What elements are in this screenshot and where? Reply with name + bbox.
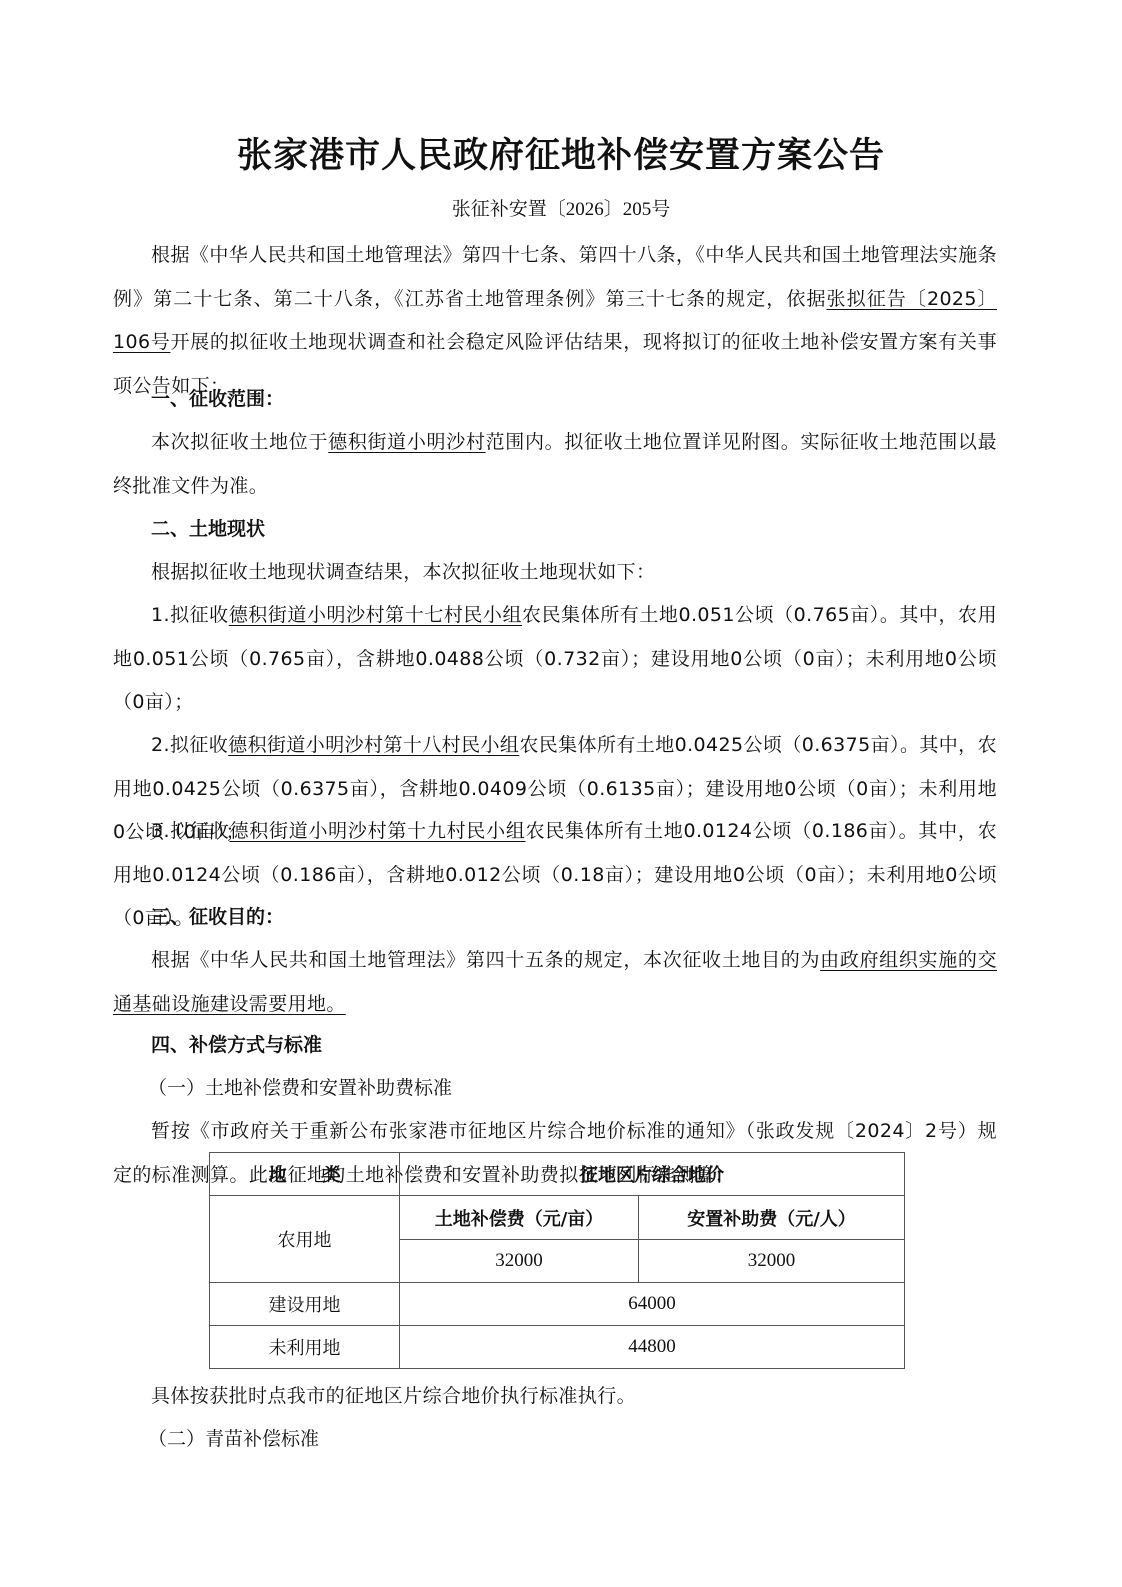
subsection-1-heading: （一）土地补偿费和安置补助费标准 <box>148 1067 452 1110</box>
village-group: 德积街道小明沙村第十七村民小组 <box>229 604 522 626</box>
cell-farmland: 农用地 <box>210 1196 400 1283</box>
section-1-text: 本次拟征收土地位于 <box>151 431 328 453</box>
header-land-type: 地 类 <box>210 1153 400 1196</box>
document-title: 张家港市人民政府征地补偿安置方案公告 <box>0 132 1122 180</box>
cell-construction-value: 64000 <box>400 1283 905 1326</box>
document-page: 张家港市人民政府征地补偿安置方案公告 张征补安置〔2026〕205号 根据《中华… <box>0 0 1122 1587</box>
compensation-standard-table: 地 类 征地区片综合地价 农用地 土地补偿费（元/亩） 安置补助费（元/人） 3… <box>209 1152 905 1369</box>
location-name: 德积街道小明沙村 <box>328 431 485 453</box>
cell-farmland-land-comp: 32000 <box>400 1240 639 1283</box>
table-row: 未利用地 44800 <box>210 1326 905 1369</box>
table-row: 建设用地 64000 <box>210 1283 905 1326</box>
after-table-note: 具体按获批时点我市的征地区片综合地价执行标准执行。 <box>151 1375 997 1419</box>
cell-unused-land: 未利用地 <box>210 1326 400 1369</box>
section-3-text: 根据《中华人民共和国土地管理法》第四十五条的规定，本次征收土地目的为 <box>151 949 820 971</box>
cell-farmland-resettle: 32000 <box>639 1240 905 1283</box>
section-1-heading: 一、征收范围： <box>151 378 284 421</box>
table-subheader-row: 农用地 土地补偿费（元/亩） 安置补助费（元/人） <box>210 1196 905 1240</box>
document-number: 张征补安置〔2026〕205号 <box>0 196 1122 224</box>
header-resettlement-subsidy: 安置补助费（元/人） <box>639 1196 905 1240</box>
subsection-2-heading: （二）青苗补偿标准 <box>148 1418 319 1461</box>
section-2-heading: 二、土地现状 <box>151 508 265 551</box>
section-1-paragraph: 本次拟征收土地位于德积街道小明沙村范围内。拟征收土地位置详见附图。实际征收土地范… <box>113 421 997 508</box>
cell-unused-value: 44800 <box>400 1326 905 1369</box>
village-group: 德积街道小明沙村第十九村民小组 <box>229 820 525 842</box>
header-composite-price: 征地区片综合地价 <box>400 1153 905 1196</box>
village-group: 德积街道小明沙村第十八村民小组 <box>228 734 519 756</box>
header-land-compensation: 土地补偿费（元/亩） <box>400 1196 639 1240</box>
section-3-heading: 三、征收目的： <box>151 896 284 939</box>
section-4-heading: 四、补偿方式与标准 <box>151 1024 322 1067</box>
cell-construction-land: 建设用地 <box>210 1283 400 1326</box>
section-3-paragraph: 根据《中华人民共和国土地管理法》第四十五条的规定，本次征收土地目的为由政府组织实… <box>113 939 997 1026</box>
land-item-1: 1.拟征收德积街道小明沙村第十七村民小组农民集体所有土地0.051公顷（0.76… <box>113 594 997 725</box>
section-2-intro: 根据拟征收土地现状调查结果，本次拟征收土地现状如下： <box>113 551 997 595</box>
item-prefix: 3.拟征收 <box>151 820 229 842</box>
table-header-row: 地 类 征地区片综合地价 <box>210 1153 905 1196</box>
item-prefix: 1.拟征收 <box>151 604 229 626</box>
item-prefix: 2.拟征收 <box>151 734 228 756</box>
